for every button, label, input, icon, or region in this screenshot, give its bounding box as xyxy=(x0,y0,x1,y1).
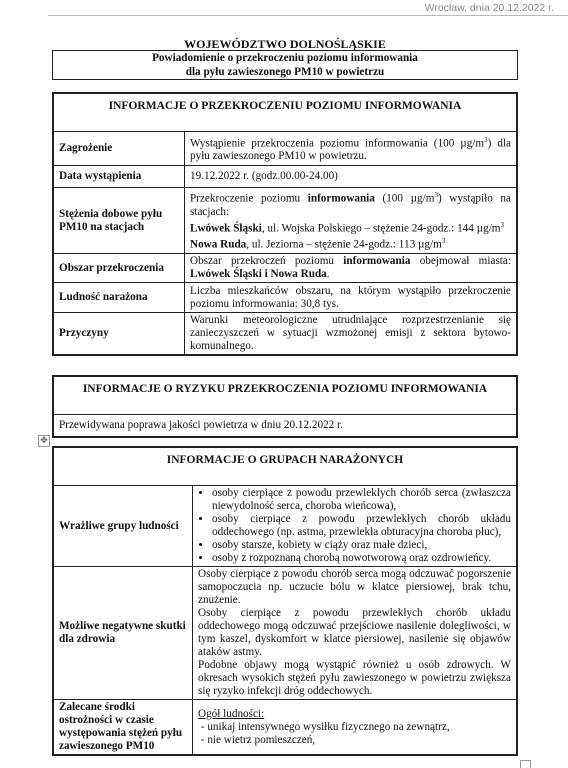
area-label: Obszar przekroczenia xyxy=(53,254,185,283)
list-item: osoby cierpiące z powodu przewlekłych ch… xyxy=(212,513,511,539)
notice-line-1: Powiadomienie o przekroczeniu poziomu in… xyxy=(53,51,517,65)
place-date: Wrocław, dnia 20.12.2022 r. xyxy=(425,2,554,14)
risk-table: INFORMACJE O RYZYKU PRZEKROCZENIA POZIOM… xyxy=(52,375,518,438)
precautions-subheading: Ogół ludności: xyxy=(198,708,511,721)
health-effects-label: Możliwe negatywne skutki dla zdrowia xyxy=(53,567,193,700)
causes-label: Przyczyny xyxy=(53,313,185,356)
paragraph: Osoby cierpiące z powodu przewlekłych ch… xyxy=(198,607,511,659)
paragraph: Osoby cierpiące z powodu chorób serca mo… xyxy=(198,568,511,607)
threat-value: Wystąpienie przekroczenia poziomu inform… xyxy=(185,132,518,166)
station-name: Lwówek Śląski xyxy=(190,222,262,234)
notice-title-box: Powiadomienie o przekroczeniu poziomu in… xyxy=(52,50,518,80)
date-value: 19.12.2022 r. (godz.00.00-24.00) xyxy=(185,166,518,188)
area-value: Obszar przekroczeń poziomu informowania … xyxy=(185,254,518,283)
precautions-value: Ogół ludności: - unikaj intensywnego wys… xyxy=(193,700,518,756)
risk-value: Przewidywana poprawa jakości powietrza w… xyxy=(53,415,517,437)
notice-line-2: dla pyłu zawieszonego PM10 w powietrzu xyxy=(53,65,517,79)
list-item: osoby cierpiące z powodu przewlekłych ch… xyxy=(212,487,511,513)
table-resize-handle[interactable] xyxy=(520,760,531,768)
paragraph: Podobne objawy mogą wystąpić również u o… xyxy=(198,659,511,698)
sensitive-groups-label: Wrażliwe grupy ludności xyxy=(53,486,193,567)
list-item: - unikaj intensywnego wysiłku fizycznego… xyxy=(198,721,511,734)
health-effects-value: Osoby cierpiące z powodu chorób serca mo… xyxy=(193,567,518,700)
population-label: Ludność narażona xyxy=(53,283,185,313)
table-move-handle-icon[interactable]: ✥ xyxy=(38,435,50,447)
date-label: Data wystąpienia xyxy=(53,166,185,188)
exceedance-table: INFORMACJE O PRZEKROCZENIU POZIOMU INFOR… xyxy=(52,92,518,356)
causes-value: Warunki meteorologiczne utrudniające roz… xyxy=(185,313,518,356)
sensitive-groups-list: osoby cierpiące z powodu przewlekłych ch… xyxy=(193,486,518,567)
list-item: osoby starsze, kobiety w ciąży oraz małe… xyxy=(212,539,511,552)
exceedance-title: INFORMACJE O PRZEKROCZENIU POZIOMU INFOR… xyxy=(53,93,517,132)
station-name: Nowa Ruda xyxy=(190,239,246,251)
groups-title: INFORMACJE O GRUPACH NARAŻONYCH xyxy=(53,447,517,486)
concentrations-value: Przekroczenie poziomu informowania (100 … xyxy=(185,188,518,254)
population-value: Liczba mieszkańców obszaru, na którym wy… xyxy=(185,283,518,313)
groups-table: INFORMACJE O GRUPACH NARAŻONYCH Wrażliwe… xyxy=(52,446,518,756)
risk-title: INFORMACJE O RYZYKU PRZEKROCZENIA POZIOM… xyxy=(53,376,517,415)
precautions-label: Zalecane środki ostrożności w czasie wys… xyxy=(53,700,193,756)
header-divider xyxy=(48,15,568,16)
threat-label: Zagrożenie xyxy=(53,132,185,166)
concentrations-label: Stężenia dobowe pyłu PM10 na stacjach xyxy=(53,188,185,254)
list-item: - nie wietrz pomieszczeń, xyxy=(198,734,511,747)
list-item: osoby z rozpoznaną chorobą nowotworową o… xyxy=(212,552,511,565)
